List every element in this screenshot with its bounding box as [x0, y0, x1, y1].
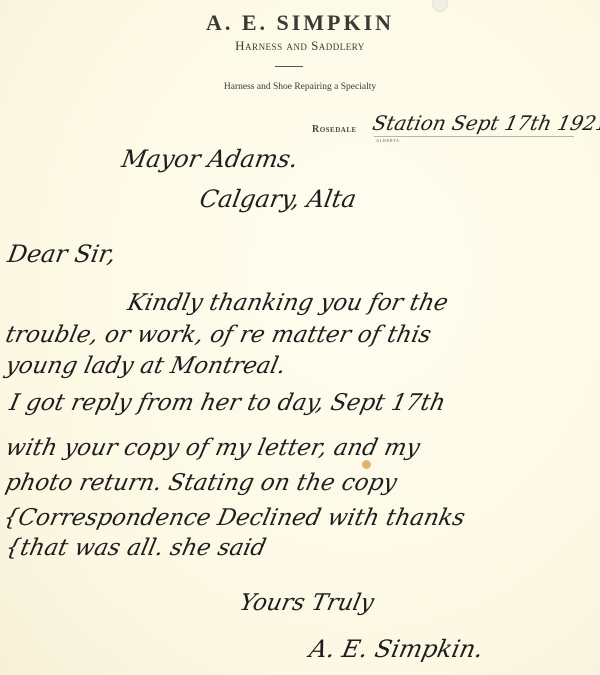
recipient-name: Mayor Adams. — [120, 145, 301, 173]
signature: A. E. Simpkin. — [307, 635, 486, 663]
ink-stain — [362, 460, 371, 469]
letterhead-divider — [275, 66, 303, 67]
dateline-rule — [374, 136, 574, 137]
handwritten-date: Station Sept 17th 1921 — [370, 111, 600, 135]
letterhead-business-name: A. E. SIMPKIN — [0, 10, 600, 36]
body-line: I got reply from her to day, Sept 17th — [7, 390, 448, 416]
place-name: Rosedale — [312, 124, 357, 135]
body-line: trouble, or work, of re matter of this — [3, 322, 433, 348]
body-line: young lady at Montreal. — [3, 353, 288, 379]
body-line: {that was all. she said — [3, 535, 268, 561]
recipient-city: Calgary, Alta — [198, 185, 359, 213]
salutation: Dear Sir, — [6, 240, 118, 268]
province-label: ALBERTA — [376, 138, 400, 143]
letterhead-specialty: Harness and Shoe Repairing a Specialty — [0, 82, 600, 92]
body-line: {Correspondence Declined with thanks — [1, 505, 467, 531]
body-line: photo return. Stating on the copy — [3, 470, 399, 496]
body-line: with your copy of my letter, and my — [3, 435, 422, 461]
letterhead-trade: Harness and Saddlery — [0, 38, 600, 54]
body-line: Kindly thanking you for the — [125, 290, 450, 316]
closing: Yours Truly — [237, 590, 376, 616]
